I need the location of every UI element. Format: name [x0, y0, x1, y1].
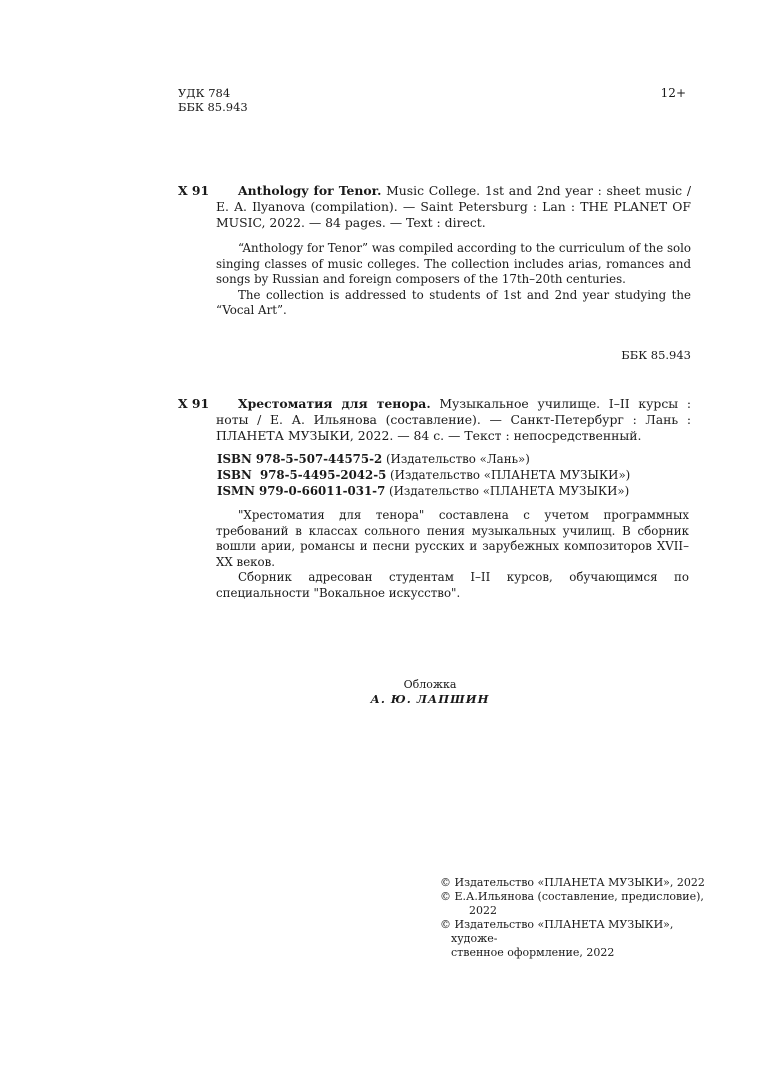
publisher: (Издательство «ПЛАНЕТА МУЗЫКИ») [385, 484, 629, 498]
entry-body: Anthology for Tenor. Music College. 1st … [216, 183, 691, 231]
copyright-text: © Издательство «ПЛАНЕТА МУЗЫКИ», художе- [440, 918, 673, 945]
bbk-code-right: ББК 85.943 [621, 348, 691, 362]
identifier-line: ISMN 979-0-66011-031-7 (Издательство «ПЛ… [217, 483, 630, 499]
copyright-text: © Издательство «ПЛАНЕТА МУЗЫКИ», 2022 [440, 876, 705, 889]
bibliographic-entry-english: X 91 Anthology for Tenor. Music College.… [178, 183, 691, 231]
cover-artist-name: А. Ю. ЛАПШИН [0, 692, 764, 706]
identifier-line: ISBN 978-5-507-44575-2 (Издательство «Ла… [217, 451, 630, 467]
copyright-line: © Е.А.Ильянова (составление, предисловие… [440, 890, 710, 918]
author-sign-code: X 91 [178, 396, 209, 412]
copyright-line: © Издательство «ПЛАНЕТА МУЗЫКИ», 2022 [440, 876, 710, 890]
entry-body: Хрестоматия для тенора. Музыкальное учил… [216, 396, 691, 444]
copyright-continuation: 2022 [451, 904, 497, 918]
age-rating: 12+ [661, 86, 686, 100]
classification-codes: УДК 784 ББК 85.943 [178, 86, 248, 114]
abstract-paragraph: "Хрестоматия для тенора" составлена с уч… [216, 508, 689, 570]
abstract-paragraph: The collection is addressed to students … [216, 288, 691, 319]
publisher: (Издательство «Лань») [382, 452, 530, 466]
isbn-number: ISBN 978-5-507-44575-2 [217, 452, 382, 466]
abstract-russian: "Хрестоматия для тенора" составлена с уч… [216, 508, 689, 601]
copyright-text: © Е.А.Ильянова (составление, предисловие… [440, 890, 704, 903]
entry-title: Anthology for Tenor. [238, 183, 381, 198]
abstract-english: “Anthology for Tenor” was compiled accor… [216, 241, 691, 319]
publisher: (Издательство «ПЛАНЕТА МУЗЫКИ») [386, 468, 630, 482]
identifier-list: ISBN 978-5-507-44575-2 (Издательство «Ла… [217, 451, 630, 499]
copyright-continuation: ственное оформление, 2022 [451, 946, 614, 959]
entry-title: Хрестоматия для тенора. [238, 396, 431, 411]
copyright-line: © Издательство «ПЛАНЕТА МУЗЫКИ», художе-… [440, 918, 710, 960]
identifier-line: ISBN 978-5-4495-2042-5 (Издательство «ПЛ… [217, 467, 630, 483]
cover-credit: Обложка А. Ю. ЛАПШИН [0, 678, 764, 706]
ismn-number: ISMN 979-0-66011-031-7 [217, 484, 385, 498]
cover-credit-label: Обложка [0, 678, 764, 692]
isbn-number: ISBN 978-5-4495-2042-5 [217, 468, 386, 482]
bibliographic-entry-russian: X 91 Хрестоматия для тенора. Музыкальное… [178, 396, 691, 444]
bbk-code: ББК 85.943 [178, 100, 248, 114]
abstract-paragraph: “Anthology for Tenor” was compiled accor… [216, 241, 691, 288]
abstract-paragraph: Сборник адресован студентам I–II курсов,… [216, 570, 689, 601]
author-sign-code: X 91 [178, 183, 209, 199]
udk-code: УДК 784 [178, 86, 248, 100]
copyright-block: © Издательство «ПЛАНЕТА МУЗЫКИ», 2022 © … [440, 876, 710, 960]
